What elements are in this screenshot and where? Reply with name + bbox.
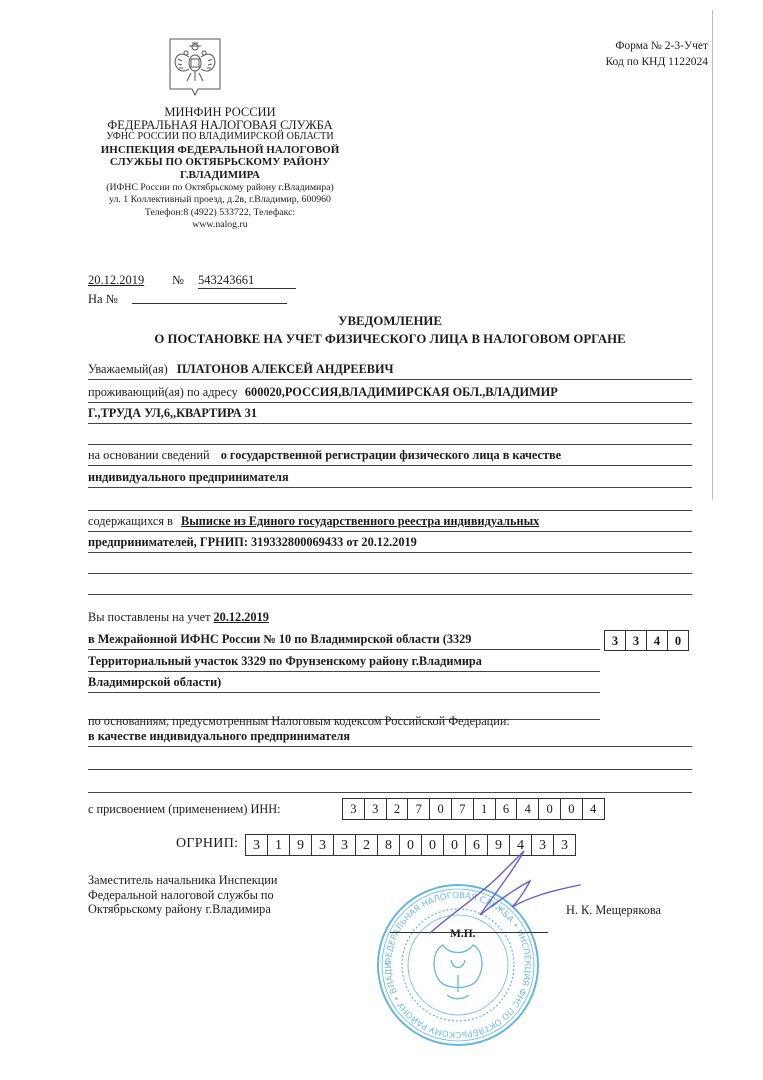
ogrnip-digit: 2 (356, 834, 378, 856)
issuer-line: ФЕДЕРАЛЬНАЯ НАЛОГОВАЯ СЛУЖБА (80, 119, 360, 132)
basis-line-1: о государственной регистрации физическог… (221, 448, 561, 462)
blank-line (88, 556, 692, 574)
form-number: Форма № 2-3-Учет (605, 38, 708, 54)
basis-label: на основании сведений (88, 448, 210, 462)
document-date: 20.12.2019 (88, 273, 144, 288)
blank-line (88, 577, 692, 595)
grounds-label: по основаниям, предусмотренным Налоговым… (88, 714, 510, 729)
address-row: проживающий(ая) по адресу 600020,РОССИЯ,… (88, 385, 692, 403)
source-line-1: Выписке из Единого государственного реес… (181, 514, 539, 528)
blank-line (88, 775, 692, 793)
issuer-line: (ИФНС России по Октябрьскому району г.Вл… (80, 182, 360, 195)
issuer-line: УФНС РОССИИ ПО ВЛАДИМИРСКОЙ ОБЛАСТИ (80, 131, 360, 144)
authority-line-3: Владимирской области) (88, 675, 221, 689)
source-row: содержащихся в Выписке из Единого госуда… (88, 514, 692, 532)
blank-line (88, 752, 692, 770)
addressee-name: ПЛАТОНОВ АЛЕКСЕЙ АНДРЕЕВИЧ (177, 362, 394, 376)
ogrnip-digit: 3 (334, 834, 356, 856)
issuer-line: МИНФИН РОССИИ (80, 106, 360, 119)
basis-row: на основании сведений о государственной … (88, 448, 692, 466)
code-digit: 0 (668, 630, 689, 651)
blank-line (88, 427, 692, 445)
issuer-line: СЛУЖБЫ ПО ОКТЯБРЬСКОМУ РАЙОНУ (80, 156, 360, 169)
code-digit: 3 (605, 630, 626, 651)
inn-digit: 7 (408, 798, 430, 820)
inn-digit: 6 (496, 798, 518, 820)
inn-digit: 4 (583, 798, 605, 820)
ogrnip-digit: 3 (246, 834, 268, 856)
knd-code: Код по КНД 1122024 (605, 54, 708, 70)
registered-row: Вы поставлены на учет 20.12.2019 (88, 610, 269, 625)
source-row-2: предпринимателей, ГРНИП: 319332800069433… (88, 535, 692, 553)
address-label: проживающий(ая) по адресу (88, 385, 238, 399)
signer-title: Заместитель начальника Инспекции Федерал… (88, 873, 277, 917)
code-digit: 3 (626, 630, 647, 651)
basis-row-2: индивидуального предпринимателя (88, 470, 692, 488)
registered-date: 20.12.2019 (214, 610, 269, 624)
authority-row: в Межрайонной ИФНС России № 10 по Владим… (88, 632, 600, 650)
addressee-row: Уважаемый(ая) ПЛАТОНОВ АЛЕКСЕЙ АНДРЕЕВИЧ (88, 362, 692, 380)
ogrnip-digit: 9 (290, 834, 312, 856)
issuer-line: ИНСПЕКЦИЯ ФЕДЕРАЛЬНОЙ НАЛОГОВОЙ (80, 144, 360, 157)
grounds-value: в качестве индивидуального предпринимате… (88, 729, 350, 743)
signer-name: Н. К. Мещерякова (566, 903, 661, 918)
inn-digit: 4 (517, 798, 539, 820)
ogrnip-digit: 3 (312, 834, 334, 856)
issuer-block: МИНФИН РОССИИ ФЕДЕРАЛЬНАЯ НАЛОГОВАЯ СЛУЖ… (80, 106, 360, 232)
authority-code-boxes: 3 3 4 0 (604, 630, 689, 651)
number-sign: № (172, 273, 184, 288)
inn-boxes: 3 3 2 7 0 7 1 6 4 0 0 4 (342, 798, 605, 820)
inn-digit: 7 (452, 798, 474, 820)
issuer-line: ул. 1 Коллективный проезд, д.2в, г.Влади… (80, 194, 360, 207)
coat-of-arms-emblem-icon (167, 37, 223, 103)
grounds-row: в качестве индивидуального предпринимате… (88, 729, 692, 747)
document-title: УВЕДОМЛЕНИЕ (80, 314, 700, 329)
document-subtitle: О ПОСТАНОВКЕ НА УЧЕТ ФИЗИЧЕСКОГО ЛИЦА В … (80, 332, 700, 347)
signer-line: Заместитель начальника Инспекции (88, 873, 277, 888)
authority-line-1: в Межрайонной ИФНС России № 10 по Владим… (88, 632, 471, 646)
authority-row-2: Территориальный участок 3329 по Фрунзенс… (88, 654, 600, 672)
inn-digit: 1 (474, 798, 496, 820)
issuer-website: www.nalog.ru (80, 219, 360, 232)
ogrnip-label: ОГРНИП: (176, 836, 238, 852)
inn-digit: 0 (561, 798, 583, 820)
scan-artifact-line (712, 10, 713, 500)
inn-digit: 3 (365, 798, 387, 820)
reply-to-line (132, 303, 287, 304)
blank-line (88, 493, 692, 511)
address-line-1: 600020,РОССИЯ,ВЛАДИМИРСКАЯ ОБЛ.,ВЛАДИМИР (245, 385, 558, 399)
inn-digit: 2 (387, 798, 409, 820)
ogrnip-digit: 1 (268, 834, 290, 856)
inn-digit: 0 (539, 798, 561, 820)
registered-label: Вы поставлены на учет (88, 610, 210, 624)
signer-line: Федеральной налоговой службы по (88, 888, 277, 903)
source-line-2: предпринимателей, ГРНИП: 319332800069433… (88, 535, 417, 549)
handwritten-signature-icon (420, 845, 600, 945)
address-line-2: Г.,ТРУДА УЛ,6,,КВАРТИРА 31 (88, 406, 257, 420)
inn-label: с присвоением (применением) ИНН: (88, 802, 281, 817)
address-row-2: Г.,ТРУДА УЛ,6,,КВАРТИРА 31 (88, 406, 692, 424)
form-identifier: Форма № 2-3-Учет Код по КНД 1122024 (605, 38, 708, 70)
addressee-label: Уважаемый(ая) (88, 362, 168, 376)
source-label: содержащихся в (88, 514, 173, 528)
basis-line-2: индивидуального предпринимателя (88, 470, 289, 484)
inn-digit: 3 (343, 798, 365, 820)
reply-to-label: На № (88, 292, 118, 307)
signer-line: Октябрьскому району г.Владимира (88, 902, 277, 917)
code-digit: 4 (647, 630, 668, 651)
issuer-line: Телефон:8 (4922) 533722, Телефакс: (80, 207, 360, 220)
authority-line-2: Территориальный участок 3329 по Фрунзенс… (88, 654, 482, 668)
issuer-line: Г.ВЛАДИМИРА (80, 169, 360, 182)
inn-digit: 0 (430, 798, 452, 820)
ogrnip-digit: 8 (378, 834, 400, 856)
ogrnip-digit: 0 (400, 834, 422, 856)
document-number: 543243661 (198, 273, 296, 289)
authority-row-3: Владимирской области) (88, 675, 600, 693)
